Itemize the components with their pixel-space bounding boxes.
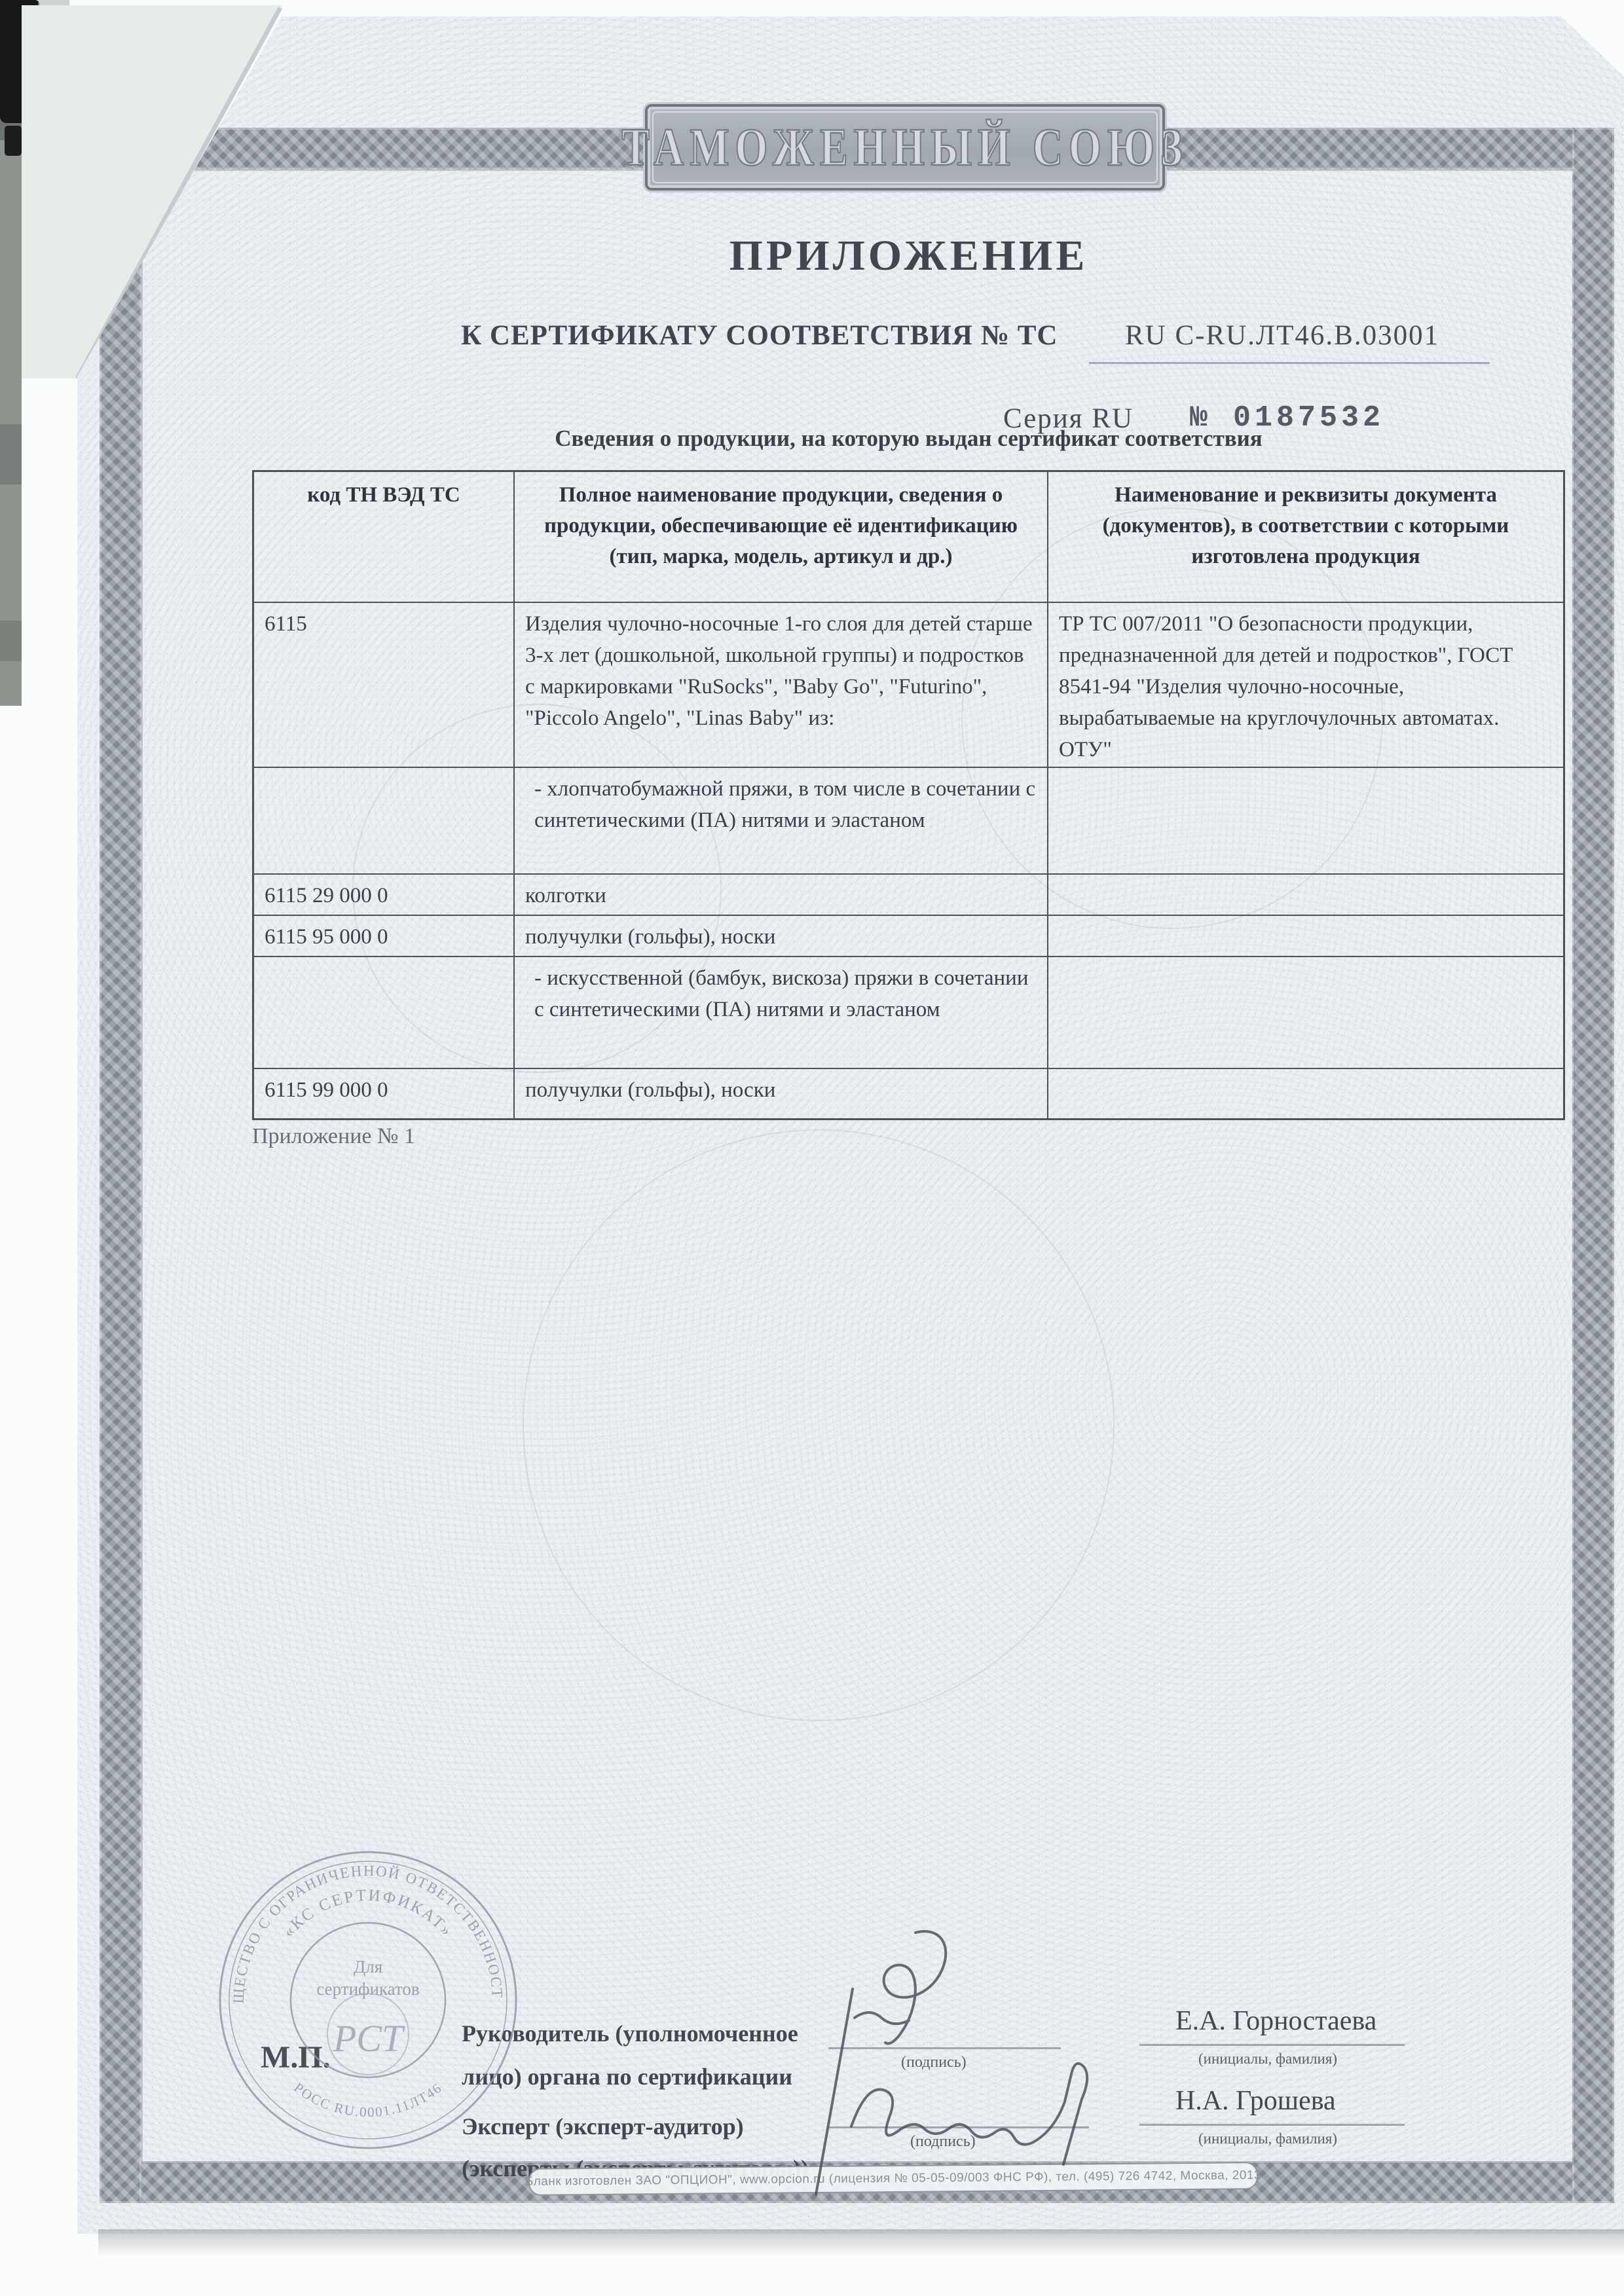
scanner-strip-mark (0, 621, 22, 661)
cell-code (254, 768, 515, 875)
head-role-label-line1: Руководитель (уполномоченное (462, 2013, 855, 2054)
head-role-label-line2: лицо) органа по сертификации (462, 2056, 855, 2097)
table-row: 6115 29 000 0 колготки (254, 875, 1563, 916)
table-row: 6115 Изделия чулочно-носочные 1-го слоя … (254, 603, 1563, 768)
cell-documents (1048, 875, 1563, 916)
certificate-page: ТАМОЖЕННЫЙ СОЮЗ ПРИЛОЖЕНИЕ К СЕРТИФИКАТУ… (77, 16, 1624, 2234)
cell-code: 6115 99 000 0 (254, 1069, 515, 1118)
frame-inner-edge (141, 170, 1575, 2164)
head-name: Е.А. Горностаева (1175, 2005, 1376, 2037)
name-line-expert (1139, 2124, 1405, 2126)
cell-product-name: получулки (гольфы), носки (515, 1069, 1048, 1118)
banner-title: ТАМОЖЕННЫЙ СОЮЗ (621, 117, 1188, 179)
scan-corner-black-mark (0, 0, 39, 123)
scan-corner-black-mark-small (5, 126, 22, 156)
signature-line-expert (828, 2126, 1089, 2128)
cell-product-name: - хлопчатобумажной пряжи, в том числе в … (515, 768, 1048, 875)
cell-documents: ТР ТС 007/2011 "О безопасности продукции… (1048, 603, 1563, 768)
cell-code: 6115 29 000 0 (254, 875, 515, 916)
certificate-number: RU C-RU.ЛТ46.В.03001 (1125, 319, 1439, 352)
cell-code: 6115 (254, 603, 515, 768)
name-caption-head: (инициалы, фамилия) (1198, 2050, 1337, 2068)
header-product-name: Полное наименование продукции, сведения … (515, 472, 1048, 603)
cell-product-name: - искусственной (бамбук, вискоза) пряжи … (515, 957, 1048, 1069)
signature-line-head (828, 2047, 1061, 2049)
frame-band-right (1572, 128, 1614, 2203)
page-title: ПРИЛОЖЕНИЕ (252, 231, 1565, 281)
cell-documents (1048, 916, 1563, 957)
frame-band-left (100, 128, 141, 2203)
scanner-strip-mark (0, 424, 22, 484)
expert-role-label-line1: Эксперт (эксперт-аудитор) (462, 2106, 855, 2147)
signature-caption-expert: (подпись) (910, 2133, 976, 2151)
header-documents: Наименование и реквизиты документа (доку… (1048, 472, 1563, 603)
scanner-lid-smudge (38, 0, 69, 98)
cell-product-name: получулки (гольфы), носки (515, 916, 1048, 957)
certificate-reference-label: К СЕРТИФИКАТУ СООТВЕТСТВИЯ № ТС (461, 319, 1058, 352)
table-row: - искусственной (бамбук, вискоза) пряжи … (254, 957, 1563, 1069)
header-code: код ТН ВЭД ТС (254, 472, 515, 603)
products-table: код ТН ВЭД ТС Полное наименование продук… (252, 470, 1565, 1120)
page-top-right-corner (1561, 16, 1624, 77)
cell-documents (1048, 1069, 1563, 1118)
cell-code: 6115 95 000 0 (254, 916, 515, 957)
name-caption-expert: (инициалы, фамилия) (1198, 2130, 1337, 2147)
cell-product-name: колготки (515, 875, 1048, 916)
cell-documents (1048, 768, 1563, 875)
mp-seal-label: М.П. (261, 2039, 331, 2075)
name-line-head (1139, 2044, 1405, 2046)
cell-documents (1048, 957, 1563, 1069)
products-subtitle: Сведения о продукции, на которую выдан с… (252, 426, 1565, 452)
blank-maker-text: Бланк изготовлен ЗАО "ОПЦИОН", www.opcio… (525, 2168, 1261, 2189)
scanned-certificate-appendix: ТАМОЖЕННЫЙ СОЮЗ ПРИЛОЖЕНИЕ К СЕРТИФИКАТУ… (0, 0, 1624, 2296)
expert-name: Н.А. Грошева (1175, 2085, 1336, 2117)
cell-code (254, 957, 515, 1069)
table-header-row: код ТН ВЭД ТС Полное наименование продук… (254, 472, 1563, 603)
customs-union-banner: ТАМОЖЕННЫЙ СОЮЗ (645, 104, 1165, 191)
signature-caption-head: (подпись) (901, 2054, 967, 2071)
table-row: 6115 99 000 0 получулки (гольфы), носки (254, 1069, 1563, 1118)
scan-bottom-shadow (98, 2229, 1624, 2257)
cell-product-name: Изделия чулочно-носочные 1-го слоя для д… (515, 603, 1048, 768)
table-row: 6115 95 000 0 получулки (гольфы), носки (254, 916, 1563, 957)
appendix-number-note: Приложение № 1 (252, 1124, 415, 1149)
certificate-number-underline (1089, 362, 1490, 364)
table-row: - хлопчатобумажной пряжи, в том числе в … (254, 768, 1563, 875)
